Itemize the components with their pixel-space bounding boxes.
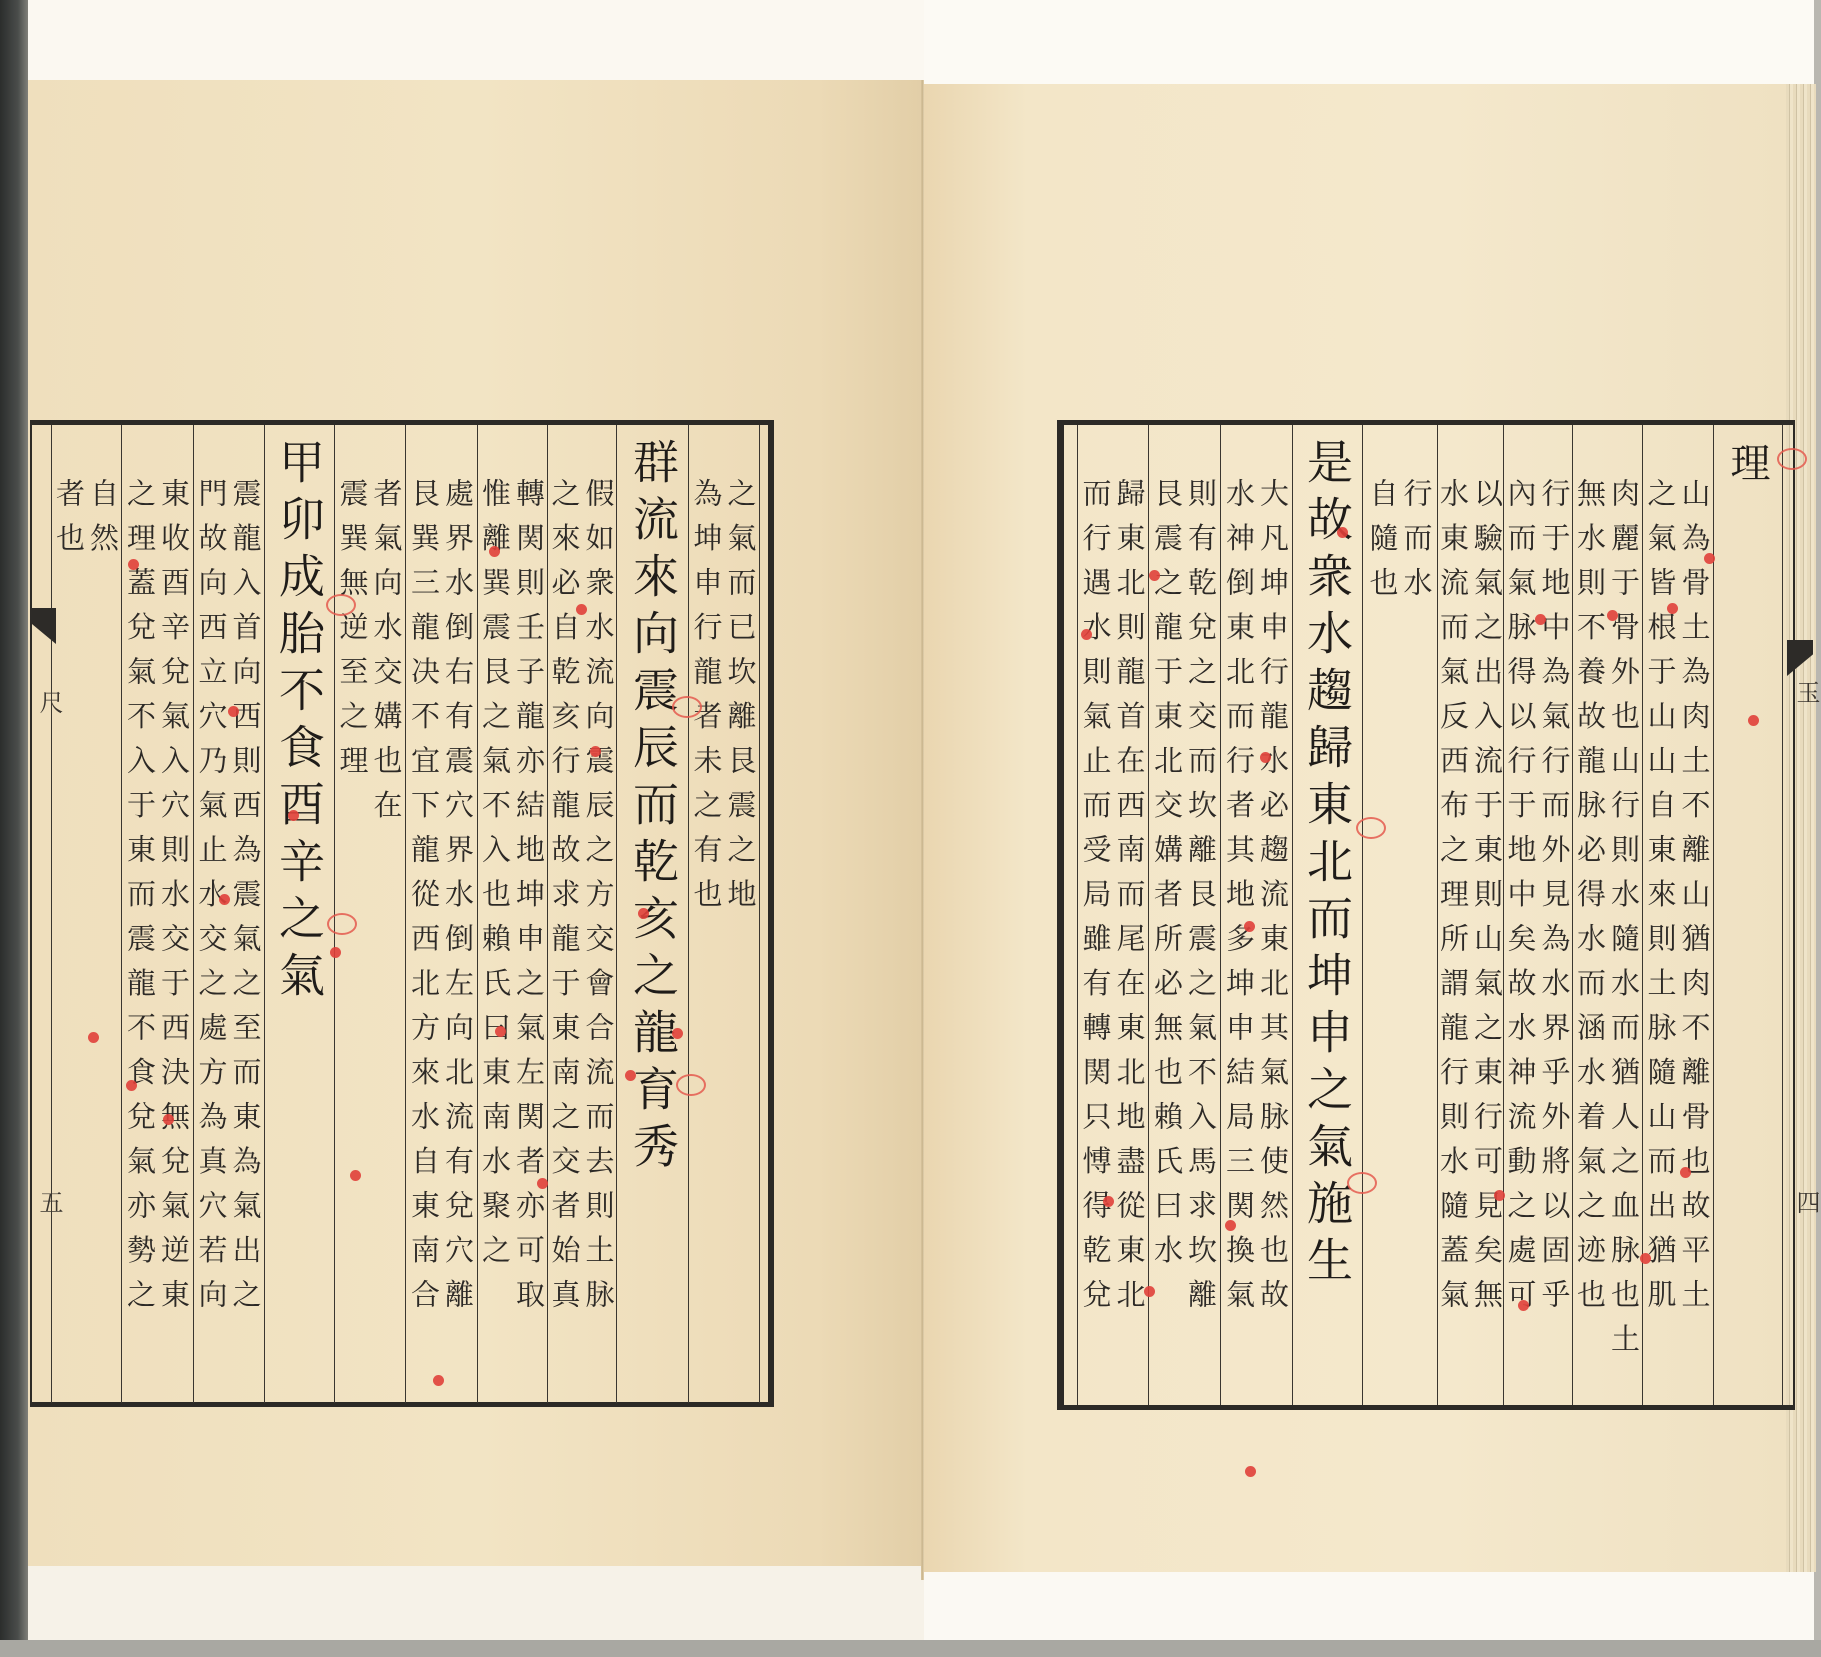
red-punctuation-dot (1640, 1253, 1651, 1264)
red-punctuation-dot (537, 1178, 548, 1189)
verse-heading-column: 甲卯成胎不食酉辛之氣 (264, 438, 334, 1008)
right-margin-folio: 四 (1789, 1190, 1821, 1214)
red-punctuation-dot (1103, 1196, 1114, 1207)
red-punctuation-dot (350, 1170, 361, 1181)
right-page-top-margin (924, 0, 1814, 86)
verse-heading-column: 是故衆水趨歸東北而坤申之氣施生 (1292, 438, 1362, 1293)
left-subcolumn: 而行遇水則氣止而受局雖有轉関只愽得乾兌 (1080, 478, 1112, 1388)
left-subcolumn: 之氣皆根于山山自東來則土脉隨山而出猶肌 (1645, 478, 1677, 1388)
commentary-column: 東收酉辛兌氣入穴則水交于西決無兌氣逆東之理蓋兌氣不入于東而震龍不食兌氣亦勢之 (121, 478, 193, 1388)
left-margin-folio: 五 (32, 1190, 67, 1214)
red-circle-mark (676, 1074, 706, 1096)
right-subcolumn: 行而水 (1401, 478, 1433, 1388)
left-subcolumn: 內而氣脉得以行于地中矣故水神流動之處可 (1505, 478, 1537, 1388)
red-punctuation-dot (88, 1032, 99, 1043)
commentary-column: 以驗氣之出入流于東則山氣之東行可見矣無水東流而氣反西布之理所謂龍行則水隨蓋氣 (1437, 478, 1503, 1388)
red-punctuation-dot (126, 1080, 137, 1091)
red-punctuation-dot (590, 746, 601, 757)
left-subcolumn: 惟離巽震艮之氣不入也賴氏曰東南水聚之 (479, 478, 511, 1388)
left-subcolumn: 之來必自乾亥行龍故求龍于東南之交者始真 (549, 478, 581, 1388)
red-punctuation-dot (219, 894, 230, 905)
commentary-column: 自然者也 (51, 478, 121, 1388)
left-subcolumn: 水東流而氣反西布之理所謂龍行則水隨蓋氣 (1437, 478, 1469, 1388)
right-subcolumn: 假如衆水流向震辰之方交會合流而去則土脉 (583, 478, 615, 1388)
right-subcolumn: 東收酉辛兌氣入穴則水交于西決無兌氣逆東 (158, 478, 190, 1388)
red-punctuation-dot (1535, 614, 1546, 625)
red-punctuation-dot (672, 1028, 683, 1039)
commentary-column: 山為骨土為肉土不離山猶肉不離骨也故平土之氣皆根于山山自東來則土脉隨山而出猶肌 (1642, 478, 1713, 1388)
red-punctuation-dot (576, 604, 587, 615)
right-subcolumn: 轉関則壬子龍亦結地坤申之氣左関者亦可取 (513, 478, 545, 1388)
right-subcolumn: 大凡坤申行龍水必趨流東北其氣脉使然也故 (1257, 478, 1289, 1388)
left-page-bottom-margin (28, 1566, 924, 1642)
right-subcolumn: 處界水倒右有震穴界水倒左向北流有兌穴離 (442, 478, 474, 1388)
red-punctuation-dot (1607, 610, 1618, 621)
red-punctuation-dot (1149, 570, 1160, 581)
right-subcolumn: 自然 (87, 478, 119, 1388)
commentary-column: 歸東北則龍首在西南而尾在東北地盡從東北而行遇水則氣止而受局雖有轉関只愽得乾兌 (1077, 478, 1148, 1388)
red-punctuation-dot (288, 810, 299, 821)
red-punctuation-dot (638, 908, 649, 919)
red-punctuation-dot (1144, 1286, 1155, 1297)
commentary-column: 大凡坤申行龍水必趨流東北其氣脉使然也故水神倒東北而行者其地多坤申結局三関換氣 (1220, 478, 1292, 1388)
red-punctuation-dot (228, 706, 239, 717)
commentary-column: 行而水自隨也 (1362, 478, 1437, 1388)
red-punctuation-dot (1337, 527, 1348, 538)
left-subcolumn: 自隨也 (1367, 478, 1399, 1388)
left-subcolumn: 為坤申行龍者未之有也 (691, 478, 723, 1388)
left-subcolumn: 無水則不養故龍脉必得水而涵水着氣之迹也 (1574, 478, 1606, 1388)
red-circle-mark (326, 594, 356, 616)
left-subcolumn: 者也 (53, 478, 85, 1388)
red-punctuation-dot (433, 1375, 444, 1386)
column-rule (1782, 425, 1783, 1405)
right-subcolumn: 歸東北則龍首在西南而尾在東北地盡從東北 (1114, 478, 1146, 1388)
red-punctuation-dot (489, 546, 500, 557)
red-punctuation-dot (128, 559, 139, 570)
left-subcolumn: 艮震之龍于東北交媾者所必無也賴氏曰水 (1151, 478, 1183, 1388)
commentary-column: 震龍入首向西則西為震氣之至而東為氣出之門故向西立穴乃氣止水交之處方為真穴若向 (193, 478, 264, 1388)
commentary-column: 處界水倒右有震穴界水倒左向北流有兌穴離艮巽三龍决不宜下龍從西北方來水自東南合 (405, 478, 477, 1388)
table-background (0, 0, 30, 1657)
right-subcolumn: 者氣向水交媾也在 (371, 478, 403, 1388)
red-punctuation-dot (1225, 1220, 1236, 1231)
red-punctuation-dot (1245, 1466, 1256, 1477)
red-punctuation-dot (330, 947, 341, 958)
right-subcolumn: 之氣而已坎離艮震之地 (725, 478, 757, 1388)
red-circle-mark (672, 696, 702, 718)
left-page-top-margin (28, 0, 924, 82)
red-circle-mark (1347, 1172, 1377, 1194)
red-punctuation-dot (1081, 629, 1092, 640)
left-subcolumn: 艮巽三龍决不宜下龍從西北方來水自東南合 (408, 478, 440, 1388)
red-punctuation-dot (1260, 752, 1271, 763)
right-subcolumn: 以驗氣之出入流于東則山氣之東行可見矣無 (1471, 478, 1503, 1388)
right-subcolumn: 震龍入首向西則西為震氣之至而東為氣出之 (230, 478, 262, 1388)
red-punctuation-dot (1518, 1300, 1529, 1311)
book-gutter (921, 80, 924, 1580)
red-punctuation-dot (1704, 553, 1715, 564)
commentary-column: 則有乾兌之交而坎離艮震之氣不入馬求坎離艮震之龍于東北交媾者所必無也賴氏曰水 (1148, 478, 1220, 1388)
column-rule (759, 425, 760, 1403)
red-punctuation-dot (1494, 1190, 1505, 1201)
table-edge (0, 1640, 1821, 1657)
red-punctuation-dot (163, 1114, 174, 1125)
red-punctuation-dot (1244, 921, 1255, 932)
right-margin-title: 玉 (1789, 680, 1821, 704)
verse-heading-column: 理 (1713, 442, 1782, 493)
red-circle-mark (1777, 448, 1807, 470)
red-circle-mark (1356, 817, 1386, 839)
red-punctuation-dot (1748, 715, 1759, 726)
right-subcolumn: 則有乾兌之交而坎離艮震之氣不入馬求坎離 (1185, 478, 1217, 1388)
column-rule (1713, 425, 1714, 1405)
commentary-column: 之氣而已坎離艮震之地為坤申行龍者未之有也 (688, 478, 759, 1388)
verse-heading-column: 群流來向震辰而乾亥之龍育秀 (616, 438, 688, 1179)
red-punctuation-dot (495, 1026, 506, 1037)
red-punctuation-dot (625, 1070, 636, 1081)
red-circle-mark (327, 913, 357, 935)
commentary-column: 轉関則壬子龍亦結地坤申之氣左関者亦可取惟離巽震艮之氣不入也賴氏曰東南水聚之 (477, 478, 547, 1388)
left-subcolumn: 水神倒東北而行者其地多坤申結局三関換氣 (1223, 478, 1255, 1388)
right-subcolumn: 山為骨土為肉土不離山猶肉不離骨也故平土 (1679, 478, 1711, 1388)
left-subcolumn: 門故向西立穴乃氣止水交之處方為真穴若向 (196, 478, 228, 1388)
left-margin-title: 尺 (32, 690, 67, 714)
right-page-bottom-margin (924, 1572, 1814, 1642)
red-punctuation-dot (1667, 603, 1678, 614)
red-punctuation-dot (1680, 1167, 1691, 1178)
left-subcolumn: 之理蓋兌氣不入于東而震龍不食兌氣亦勢之 (124, 478, 156, 1388)
